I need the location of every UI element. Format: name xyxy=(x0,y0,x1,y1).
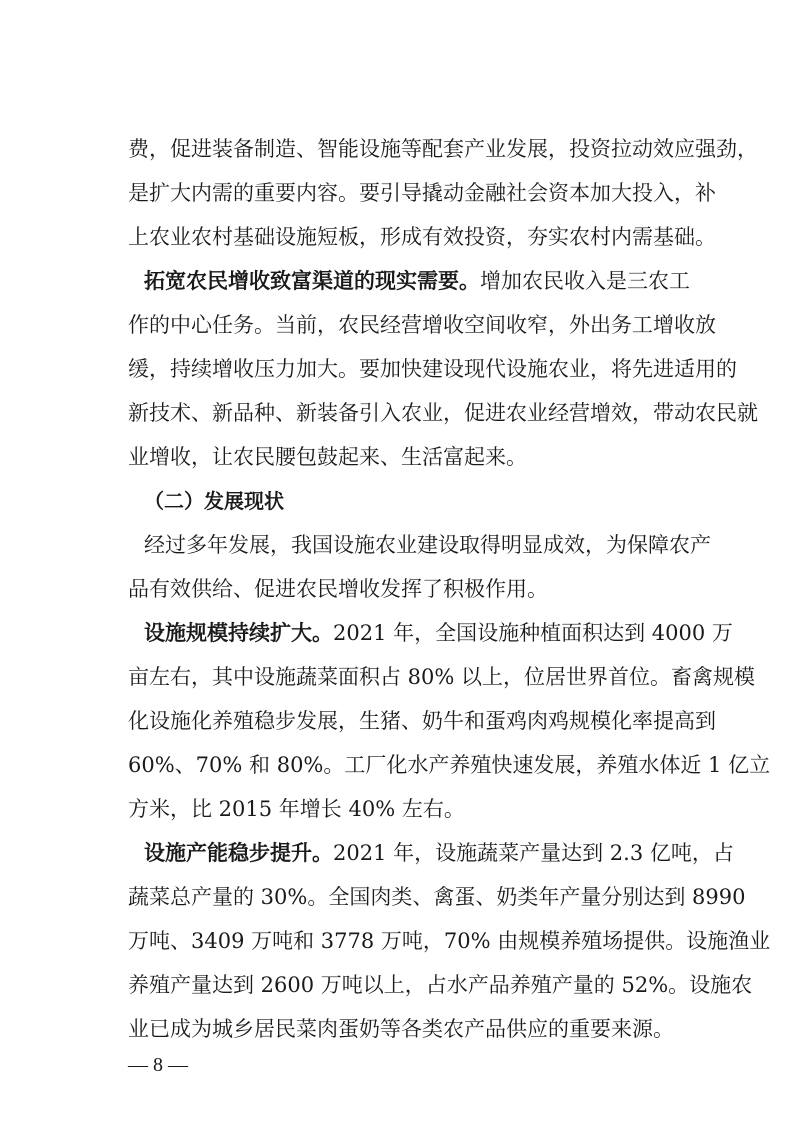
paragraph-lead: 拓宽农民增收致富渠道的现实需要。 xyxy=(144,268,480,293)
paragraph-lead: 设施产能稳步提升。 xyxy=(144,840,333,865)
section-heading: （二）发展现状 xyxy=(144,486,284,516)
paragraph-line: 费，促进装备制造、智能设施等配套产业发展，投资拉动效应强劲， xyxy=(128,134,690,164)
paragraph-line: 养殖产量达到 2600 万吨以上，占水产品养殖产量的 52%。设施农 xyxy=(128,970,690,1000)
paragraph-line: 60%、70% 和 80%。工厂化水产养殖快速发展，养殖水体近 1 亿立 xyxy=(128,750,690,780)
paragraph-lead: 设施规模持续扩大。 xyxy=(144,620,333,645)
paragraph-line: 蔬菜总产量的 30%。全国肉类、禽蛋、奶类年产量分别达到 8990 xyxy=(128,882,690,912)
paragraph-text: 2021 年，设施蔬菜产量达到 2.3 亿吨，占 xyxy=(333,841,734,865)
page-number: — 8 — xyxy=(128,1050,188,1080)
paragraph-first-line: 设施规模持续扩大。2021 年，全国设施种植面积达到 4000 万 xyxy=(144,618,690,648)
paragraph-line: 品有效供给、促进农民增收发挥了积极作用。 xyxy=(128,574,690,604)
paragraph-line: 缓，持续增收压力加大。要加快建设现代设施农业，将先进适用的 xyxy=(128,354,690,384)
paragraph-line: 万吨、3409 万吨和 3778 万吨，70% 由规模养殖场提供。设施渔业 xyxy=(128,926,690,956)
paragraph-line: 化设施化养殖稳步发展，生猪、奶牛和蛋鸡肉鸡规模化率提高到 xyxy=(128,706,690,736)
paragraph-first-line: 拓宽农民增收致富渠道的现实需要。增加农民收入是三农工 xyxy=(144,266,690,296)
paragraph-line: 是扩大内需的重要内容。要引导撬动金融社会资本加大投入，补 xyxy=(128,178,690,208)
paragraph-text: 2021 年，全国设施种植面积达到 4000 万 xyxy=(333,621,733,645)
paragraph-line: 作的中心任务。当前，农民经营增收空间收窄，外出务工增收放 xyxy=(128,310,690,340)
paragraph-first-line: 设施产能稳步提升。2021 年，设施蔬菜产量达到 2.3 亿吨，占 xyxy=(144,838,690,868)
paragraph-line: 新技术、新品种、新装备引入农业，促进农业经营增效，带动农民就 xyxy=(128,398,690,428)
paragraph-line: 方米，比 2015 年增长 40% 左右。 xyxy=(128,794,690,824)
paragraph-line: 亩左右，其中设施蔬菜面积占 80% 以上，位居世界首位。畜禽规模 xyxy=(128,662,690,692)
paragraph-line: 上农业农村基础设施短板，形成有效投资，夯实农村内需基础。 xyxy=(128,222,690,252)
paragraph-line: 业增收，让农民腰包鼓起来、生活富起来。 xyxy=(128,442,690,472)
paragraph-text: 增加农民收入是三农工 xyxy=(480,269,690,293)
document-page: 费，促进装备制造、智能设施等配套产业发展，投资拉动效应强劲， 是扩大内需的重要内… xyxy=(0,0,794,1123)
paragraph-line: 经过多年发展，我国设施农业建设取得明显成效，为保障农产 xyxy=(144,530,690,560)
paragraph-line: 业已成为城乡居民菜肉蛋奶等各类农产品供应的重要来源。 xyxy=(128,1014,690,1044)
